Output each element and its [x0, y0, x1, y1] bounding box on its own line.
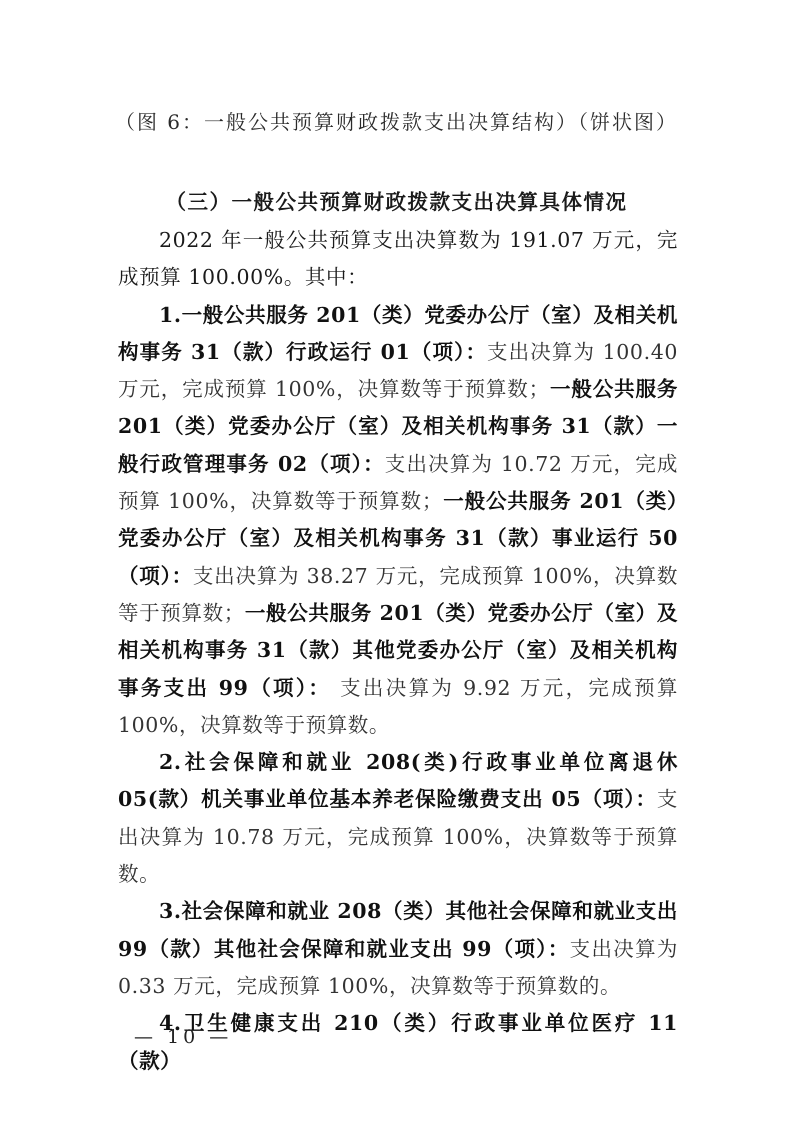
body-text: 2022 年一般公共预算支出决算数为 191.07 万元，完成预算 100.00… [118, 222, 678, 1080]
item-2-heading: 2.社会保障和就业 208(类)行政事业单位离退休 05(款）机关事业单位基本养… [118, 750, 678, 811]
intro-paragraph: 2022 年一般公共预算支出决算数为 191.07 万元，完成预算 100.00… [118, 222, 678, 297]
item-paragraph-2: 2.社会保障和就业 208(类)行政事业单位离退休 05(款）机关事业单位基本养… [118, 744, 678, 893]
page-number: — 10 — [134, 1026, 232, 1048]
item-paragraph-1: 1.一般公共服务 201（类）党委办公厅（室）及相关机构事务 31（款）行政运行… [118, 297, 678, 745]
section-heading: （三）一般公共预算财政拨款支出决算具体情况 [0, 185, 793, 215]
figure-caption: （图 6：一般公共预算财政拨款支出决算结构）（饼状图） [0, 106, 793, 135]
item-paragraph-3: 3.社会保障和就业 208（类）其他社会保障和就业支出 99（款）其他社会保障和… [118, 893, 678, 1005]
